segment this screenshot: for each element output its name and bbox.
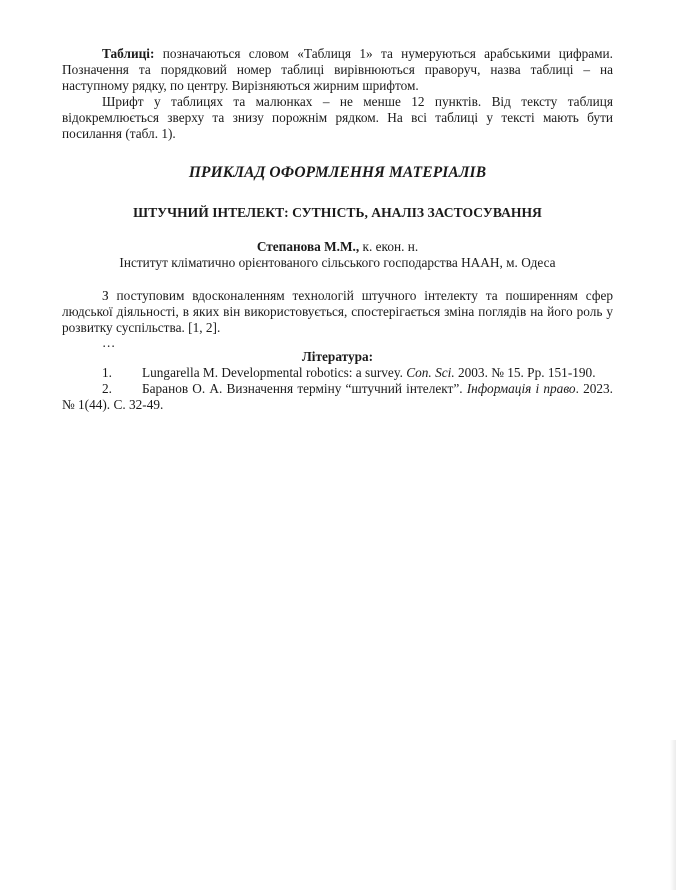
reference-item: 2.Баранов О. А. Визначення терміну “штуч… xyxy=(62,381,613,413)
reference-item: 1.Lungarella M. Developmental robotics: … xyxy=(62,365,613,381)
ellipsis: … xyxy=(62,336,613,349)
author-name: Степанова М.М., xyxy=(257,239,359,254)
reference-text: Баранов О. А. Визначення терміну “штучни… xyxy=(142,381,467,396)
reference-number: 1. xyxy=(62,365,142,381)
reference-number: 2. xyxy=(62,381,142,397)
reference-text: Lungarella M. Developmental robotics: a … xyxy=(142,365,406,380)
document-page: Таблиці: позначаються словом «Таблиця 1»… xyxy=(62,46,613,413)
reference-details: 2003. № 15. Pp. 151-190. xyxy=(455,365,596,380)
font-rules-paragraph: Шрифт у таблицях та малюнках – не менше … xyxy=(62,94,613,142)
author-affiliation: Інститут кліматично орієнтованого сільсь… xyxy=(62,255,613,271)
tables-rules-paragraph: Таблиці: позначаються словом «Таблиця 1»… xyxy=(62,46,613,94)
abstract-paragraph: З поступовим вдосконаленням технологій ш… xyxy=(62,288,613,336)
reference-journal: Інформація і право xyxy=(467,381,576,396)
tables-rules-label: Таблиці: xyxy=(102,46,154,61)
author-degree: к. екон. н. xyxy=(359,239,418,254)
page-edge-shadow xyxy=(670,740,676,890)
author-line: Степанова М.М., к. екон. н. xyxy=(62,239,613,255)
literature-title: Література: xyxy=(62,349,613,365)
reference-journal: Con. Sci. xyxy=(406,365,454,380)
article-title: ШТУЧНИЙ ІНТЕЛЕКТ: СУТНІСТЬ, АНАЛІЗ ЗАСТО… xyxy=(62,205,613,221)
example-heading: ПРИКЛАД ОФОРМЛЕННЯ МАТЕРІАЛІВ xyxy=(62,165,613,181)
